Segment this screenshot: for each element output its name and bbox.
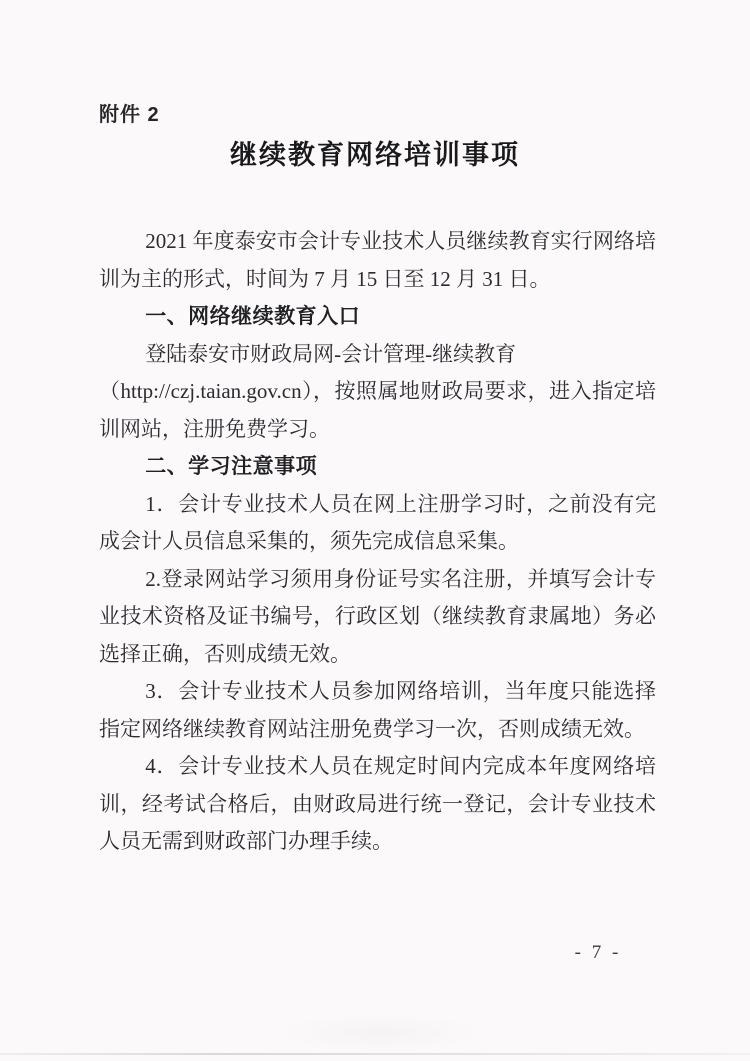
attachment-label: 附件 2 xyxy=(99,103,160,127)
intro-paragraph: 2021 年度泰安市会计专业技术人员继续教育实行网络培训为主的形式，时间为 7 … xyxy=(99,223,656,298)
section-1-line-2: （http://czj.taian.gov.cn），按照属地财政局要求，进入指定… xyxy=(99,373,656,448)
page-title: 继续教育网络培训事项 xyxy=(0,139,750,171)
document-page: 附件 2 继续教育网络培训事项 2021 年度泰安市会计专业技术人员继续教育实行… xyxy=(0,0,750,1061)
section-1-heading: 一、网络继续教育入口 xyxy=(99,298,656,336)
section-2-item-2: 2.登录网站学习须用身份证号实名注册，并填写会计专业技术资格及证书编号，行政区划… xyxy=(99,561,656,674)
document-body: 2021 年度泰安市会计专业技术人员继续教育实行网络培训为主的形式，时间为 7 … xyxy=(99,223,656,861)
section-2-item-1: 1．会计专业技术人员在网上注册学习时，之前没有完成会计人员信息采集的，须先完成信… xyxy=(99,486,656,561)
page-number: - 7 - xyxy=(556,941,640,965)
scan-artifact-bottom-edge xyxy=(0,1053,750,1055)
section-1-line-1: 登陆泰安市财政局网-会计管理-继续教育 xyxy=(99,336,656,374)
section-2-item-4: 4．会计专业技术人员在规定时间内完成本年度网络培训，经考试合格后，由财政局进行统… xyxy=(99,748,656,861)
section-2-heading: 二、学习注意事项 xyxy=(99,448,656,486)
scan-artifact-smudge xyxy=(280,1013,480,1053)
section-2-item-3: 3．会计专业技术人员参加网络培训，当年度只能选择指定网络继续教育网站注册免费学习… xyxy=(99,673,656,748)
